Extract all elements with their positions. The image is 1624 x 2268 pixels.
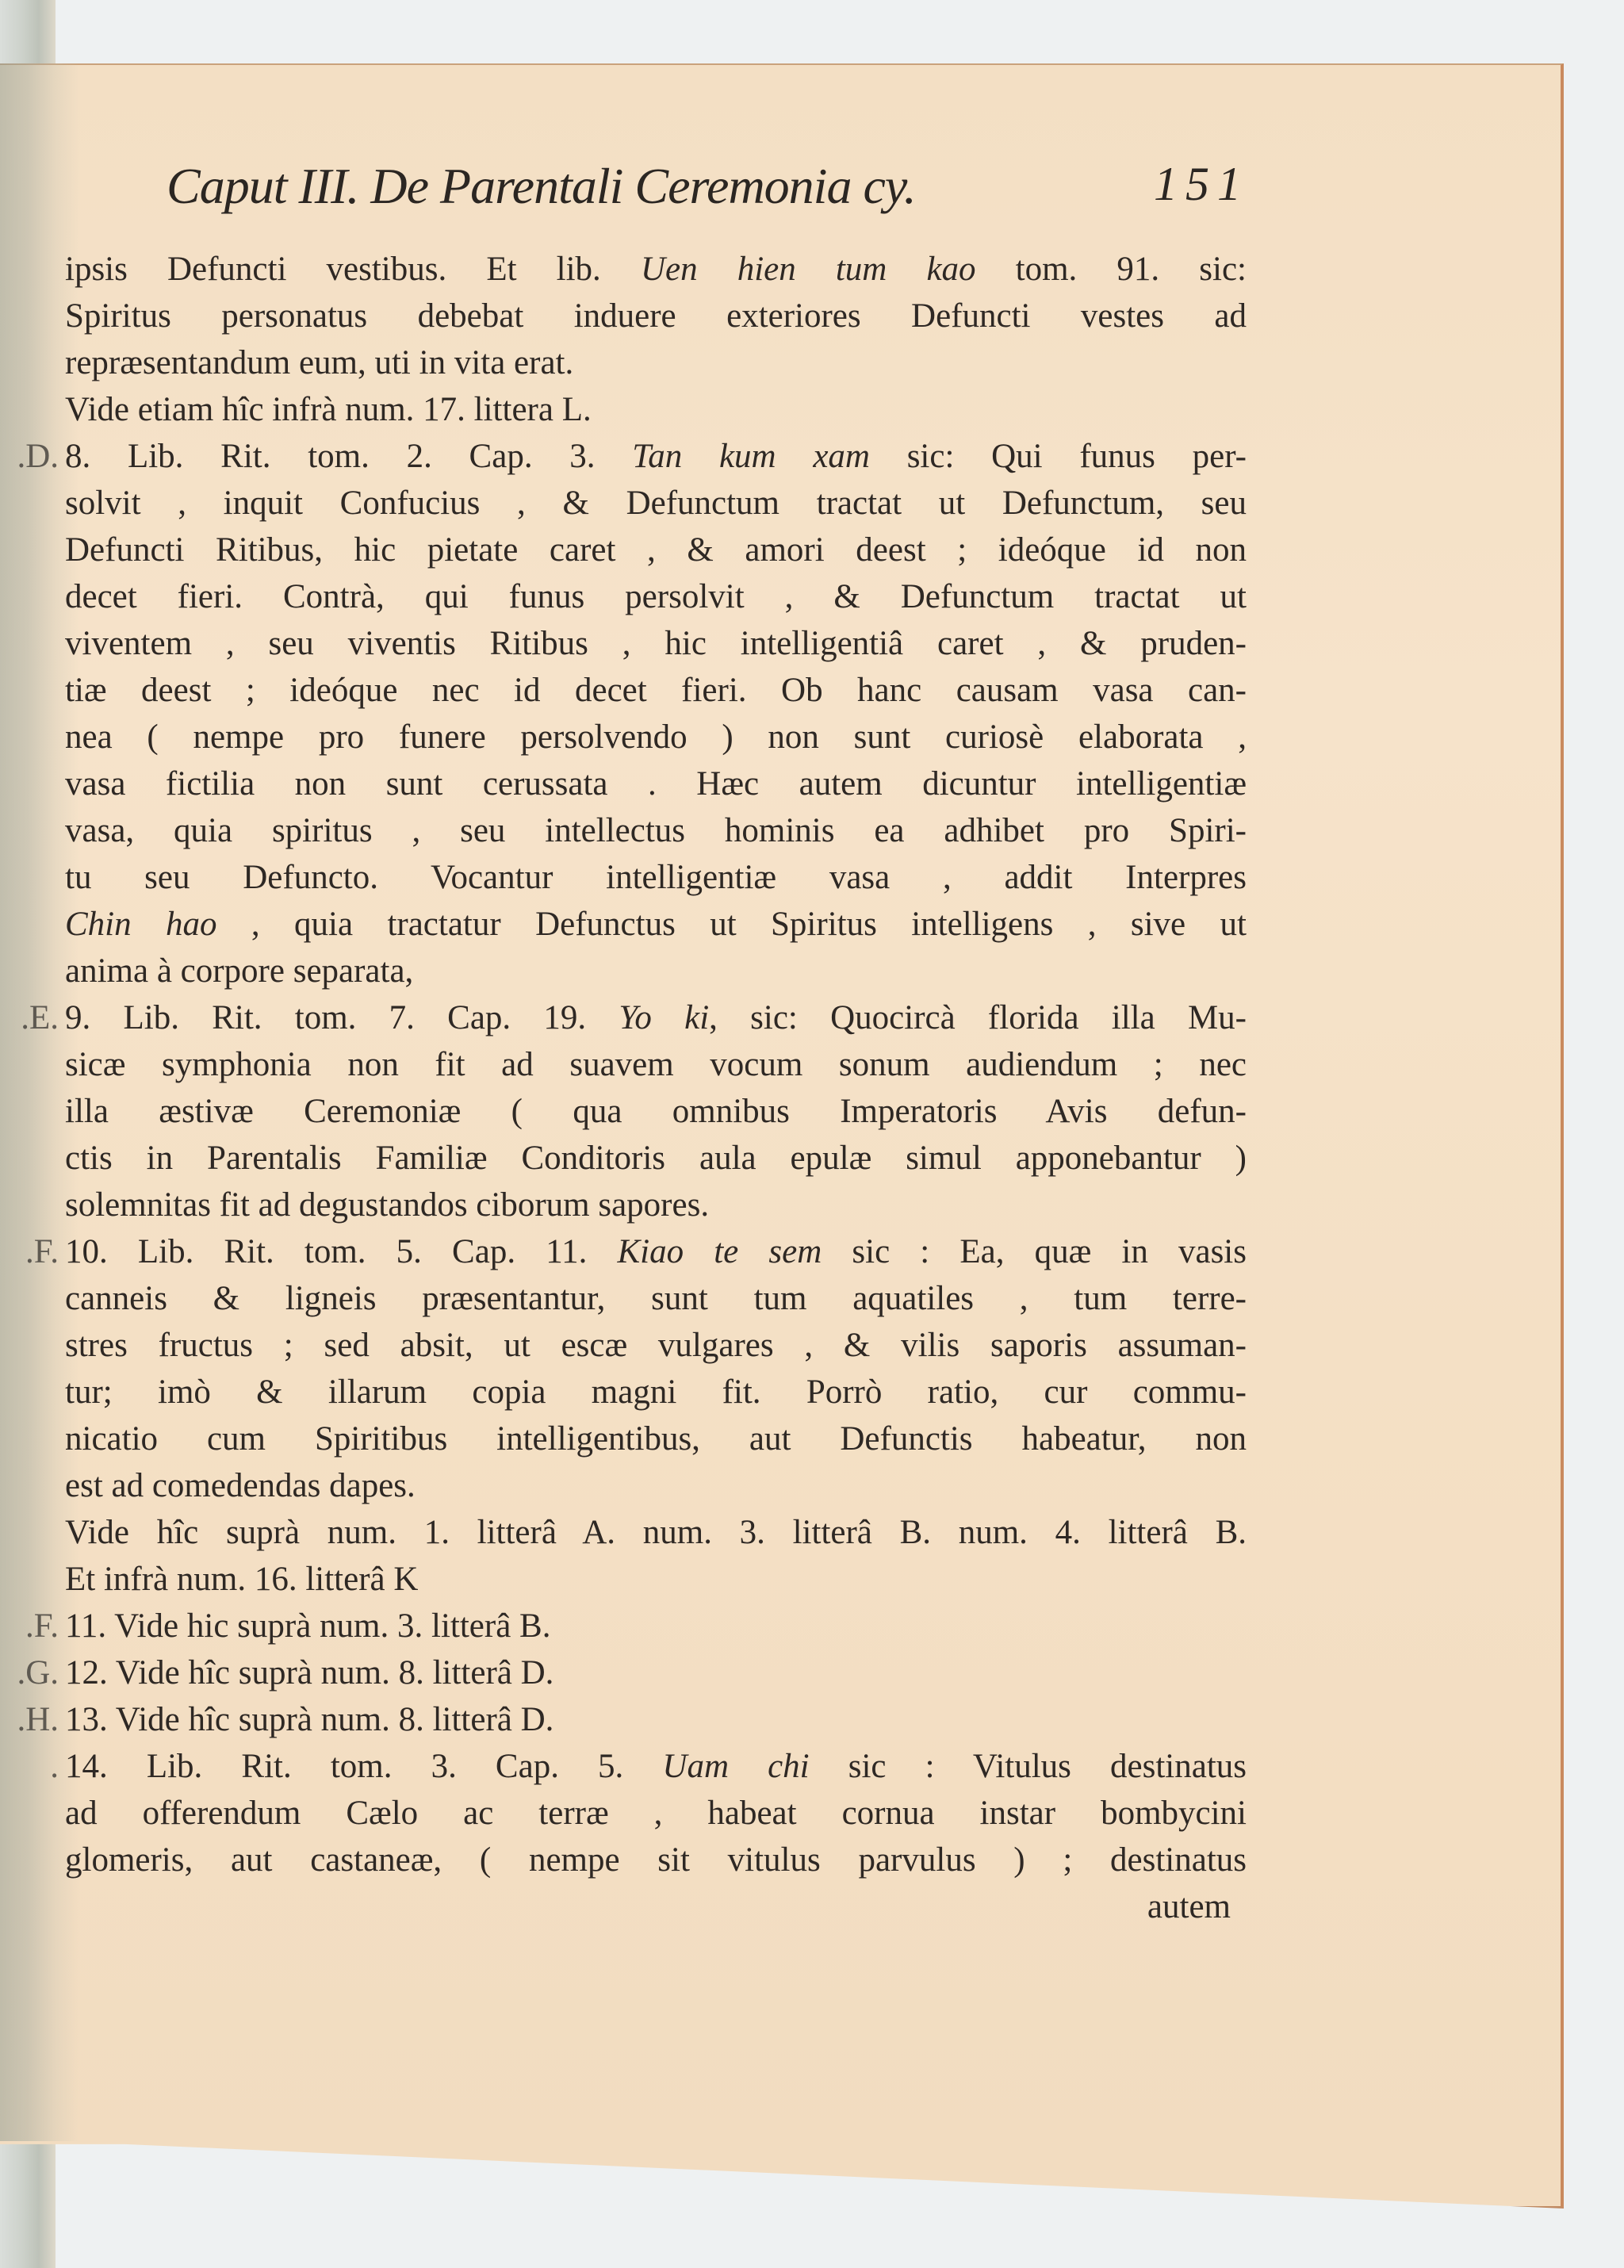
text-run: est ad comedendas dapes. [65,1467,416,1504]
text-line: anima à corpore separata, [65,948,1254,994]
line-text: 14. Lib. Rit. tom. 3. Cap. 5. Uam chi si… [65,1743,1247,1790]
line-text: est ad comedendas dapes. [65,1462,416,1509]
line-text: decet fieri. Contrà, qui funus persolvit… [65,573,1247,620]
italic-title: Yo ki [619,999,709,1036]
running-head: Caput III. De Parentali Ceremonia cy. 15… [167,157,1261,220]
text-line: ipsis Defuncti vestibus. Et lib. Uen hie… [65,246,1254,293]
italic-title: Uam chi [662,1748,809,1785]
line-text: Spiritus personatus debebat induere exte… [65,293,1247,339]
text-line: est ad comedendas dapes. [65,1462,1254,1509]
text-run: ipsis Defuncti vestibus. Et lib. [65,251,641,288]
text-run: ctis in Parentalis Familiæ Conditoris au… [65,1140,1247,1177]
line-text: 13. Vide hîc suprà num. 8. litterâ D. [65,1696,553,1743]
line-text: canneis & ligneis præsentantur, sunt tum… [65,1275,1247,1322]
text-run: , quia tractatur Defunctus ut Spiritus i… [217,906,1247,943]
text-line: Spiritus personatus debebat induere exte… [65,293,1254,339]
text-run: anima à corpore separata, [65,952,413,990]
text-line: .H.13. Vide hîc suprà num. 8. litterâ D. [65,1696,1254,1743]
text-run: illa æstivæ Ceremoniæ ( qua omnibus Impe… [65,1093,1247,1130]
line-text: Vide hîc suprà num. 1. litterâ A. num. 3… [65,1509,1247,1556]
margin-marker: .F. [3,1603,59,1649]
text-line: Vide hîc suprà num. 1. litterâ A. num. 3… [65,1509,1254,1556]
text-line: .F.10. Lib. Rit. tom. 5. Cap. 11. Kiao t… [65,1228,1254,1275]
line-text: vasa, quia spiritus , seu intellectus ho… [65,807,1247,854]
line-text: 10. Lib. Rit. tom. 5. Cap. 11. Kiao te s… [65,1228,1247,1275]
text-line: vasa fictilia non sunt cerussata . Hæc a… [65,760,1254,807]
text-run: nicatio cum Spiritibus intelligentibus, … [65,1420,1247,1458]
text-line: nicatio cum Spiritibus intelligentibus, … [65,1416,1254,1462]
text-run: sic: Qui funus per- [870,438,1247,475]
text-run: Vide hîc suprà num. 1. litterâ A. num. 3… [65,1514,1247,1551]
text-line: ctis in Parentalis Familiæ Conditoris au… [65,1135,1254,1182]
line-text: anima à corpore separata, [65,948,413,994]
line-text: 8. Lib. Rit. tom. 2. Cap. 3. Tan kum xam… [65,433,1247,480]
text-run: decet fieri. Contrà, qui funus persolvit… [65,578,1247,615]
text-run: stres fructus ; sed absit, ut escæ vulga… [65,1327,1247,1364]
margin-marker: .F. [3,1228,59,1275]
text-line: .F.11. Vide hic suprà num. 3. litterâ B. [65,1603,1254,1649]
text-line: .G.12. Vide hîc suprà num. 8. litterâ D. [65,1649,1254,1696]
text-run: 13. Vide hîc suprà num. 8. litterâ D. [65,1701,553,1738]
text-line: nea ( nempe pro funere persolvendo ) non… [65,714,1254,760]
line-text: nea ( nempe pro funere persolvendo ) non… [65,714,1247,760]
line-text: ad offerendum Cælo ac terræ , habeat cor… [65,1790,1247,1837]
text-run: viventem , seu viventis Ritibus , hic in… [65,625,1247,662]
body-text: ipsis Defuncti vestibus. Et lib. Uen hie… [65,246,1254,1930]
text-line: vasa, quia spiritus , seu intellectus ho… [65,807,1254,854]
line-text: solemnitas fit ad degustandos ciborum sa… [65,1182,709,1228]
text-run: Defuncti Ritibus, hic pietate caret , & … [65,531,1247,569]
line-text: Et infrà num. 16. litterâ K [65,1556,418,1603]
text-line: illa æstivæ Ceremoniæ ( qua omnibus Impe… [65,1088,1254,1135]
catchword: autem [65,1883,1231,1930]
line-text: sicæ symphonia non fit ad suavem vocum s… [65,1041,1247,1088]
text-run: Spiritus personatus debebat induere exte… [65,297,1247,335]
margin-marker: .D. [3,433,59,480]
text-run: repræsentandum eum, uti in vita erat. [65,344,573,381]
line-text: viventem , seu viventis Ritibus , hic in… [65,620,1247,667]
text-run: 12. Vide hîc suprà num. 8. litterâ D. [65,1654,553,1691]
text-line: glomeris, aut castaneæ, ( nempe sit vitu… [65,1837,1254,1883]
line-text: 9. Lib. Rit. tom. 7. Cap. 19. Yo ki, sic… [65,994,1247,1041]
text-run: ad offerendum Cælo ac terræ , habeat cor… [65,1795,1247,1832]
text-run: tom. 91. sic: [976,251,1247,288]
text-line: viventem , seu viventis Ritibus , hic in… [65,620,1254,667]
line-text: ipsis Defuncti vestibus. Et lib. Uen hie… [65,246,1247,293]
text-line: Chin hao , quia tractatur Defunctus ut S… [65,901,1254,948]
text-run: solemnitas fit ad degustandos ciborum sa… [65,1186,709,1224]
line-text: ctis in Parentalis Familiæ Conditoris au… [65,1135,1247,1182]
line-text: repræsentandum eum, uti in vita erat. [65,339,573,386]
text-line: Et infrà num. 16. litterâ K [65,1556,1254,1603]
text-run: sicæ symphonia non fit ad suavem vocum s… [65,1046,1247,1083]
text-run: glomeris, aut castaneæ, ( nempe sit vitu… [65,1841,1247,1879]
text-line: .E.9. Lib. Rit. tom. 7. Cap. 19. Yo ki, … [65,994,1254,1041]
text-run: tur; imò & illarum copia magni fit. Porr… [65,1373,1247,1411]
line-text: tiæ deest ; ideóque nec id decet fieri. … [65,667,1247,714]
text-line: canneis & ligneis præsentantur, sunt tum… [65,1275,1254,1322]
margin-marker: .H. [3,1696,59,1743]
text-run: , sic: Quocircà florida illa Mu- [709,999,1247,1036]
catchword-line: autem [65,1883,1254,1930]
text-run: 10. Lib. Rit. tom. 5. Cap. 11. [65,1233,617,1270]
italic-title: Tan kum xam [632,438,870,475]
text-run: 8. Lib. Rit. tom. 2. Cap. 3. [65,438,632,475]
text-run: Vide etiam hîc infrà num. 17. littera L. [65,391,592,428]
text-run: sic : Vitulus destinatus [810,1748,1247,1785]
text-run: vasa, quia spiritus , seu intellectus ho… [65,812,1247,849]
text-line: decet fieri. Contrà, qui funus persolvit… [65,573,1254,620]
text-line: solemnitas fit ad degustandos ciborum sa… [65,1182,1254,1228]
margin-marker: .E. [3,994,59,1041]
text-run: sic : Ea, quæ in vasis [822,1233,1247,1270]
text-run: canneis & ligneis præsentantur, sunt tum… [65,1280,1247,1317]
margin-marker: .G. [3,1649,59,1696]
line-text: glomeris, aut castaneæ, ( nempe sit vitu… [65,1837,1247,1883]
line-text: 11. Vide hic suprà num. 3. litterâ B. [65,1603,550,1649]
line-text: Vide etiam hîc infrà num. 17. littera L. [65,386,592,433]
italic-title: Chin hao [65,906,217,943]
text-line: Vide etiam hîc infrà num. 17. littera L. [65,386,1254,433]
text-run: solvit , inquit Confucius , & Defunctum … [65,485,1247,522]
text-line: Defuncti Ritibus, hic pietate caret , & … [65,527,1254,573]
running-title: Caput III. De Parentali Ceremonia cy. [167,157,916,216]
line-text: illa æstivæ Ceremoniæ ( qua omnibus Impe… [65,1088,1247,1135]
line-text: nicatio cum Spiritibus intelligentibus, … [65,1416,1247,1462]
text-line: tur; imò & illarum copia magni fit. Porr… [65,1369,1254,1416]
text-line: tiæ deest ; ideóque nec id decet fieri. … [65,667,1254,714]
italic-title: Kiao te sem [617,1233,822,1270]
text-run: 9. Lib. Rit. tom. 7. Cap. 19. [65,999,619,1036]
text-line: stres fructus ; sed absit, ut escæ vulga… [65,1322,1254,1369]
text-line: tu seu Defuncto. Vocantur intelligentiæ … [65,854,1254,901]
page-number: 151 [1154,157,1249,212]
text-line: .D.8. Lib. Rit. tom. 2. Cap. 3. Tan kum … [65,433,1254,480]
text-run: nea ( nempe pro funere persolvendo ) non… [65,718,1247,756]
text-run: 11. Vide hic suprà num. 3. litterâ B. [65,1607,550,1645]
text-line: sicæ symphonia non fit ad suavem vocum s… [65,1041,1254,1088]
margin-marker: . [3,1743,59,1790]
text-run: Et infrà num. 16. litterâ K [65,1561,418,1598]
text-run: 14. Lib. Rit. tom. 3. Cap. 5. [65,1748,662,1785]
text-line: solvit , inquit Confucius , & Defunctum … [65,480,1254,527]
line-text: stres fructus ; sed absit, ut escæ vulga… [65,1322,1247,1369]
line-text: 12. Vide hîc suprà num. 8. litterâ D. [65,1649,553,1696]
line-text: tur; imò & illarum copia magni fit. Porr… [65,1369,1247,1416]
text-run: tiæ deest ; ideóque nec id decet fieri. … [65,672,1247,709]
line-text: tu seu Defuncto. Vocantur intelligentiæ … [65,854,1247,901]
text-run: tu seu Defuncto. Vocantur intelligentiæ … [65,859,1247,896]
text-line: .14. Lib. Rit. tom. 3. Cap. 5. Uam chi s… [65,1743,1254,1790]
italic-title: Uen hien tum kao [641,251,976,288]
text-line: repræsentandum eum, uti in vita erat. [65,339,1254,386]
line-text: solvit , inquit Confucius , & Defunctum … [65,480,1247,527]
line-text: Defuncti Ritibus, hic pietate caret , & … [65,527,1247,573]
text-line: ad offerendum Cælo ac terræ , habeat cor… [65,1790,1254,1837]
text-run: vasa fictilia non sunt cerussata . Hæc a… [65,765,1247,803]
line-text: vasa fictilia non sunt cerussata . Hæc a… [65,760,1247,807]
line-text: Chin hao , quia tractatur Defunctus ut S… [65,901,1247,948]
